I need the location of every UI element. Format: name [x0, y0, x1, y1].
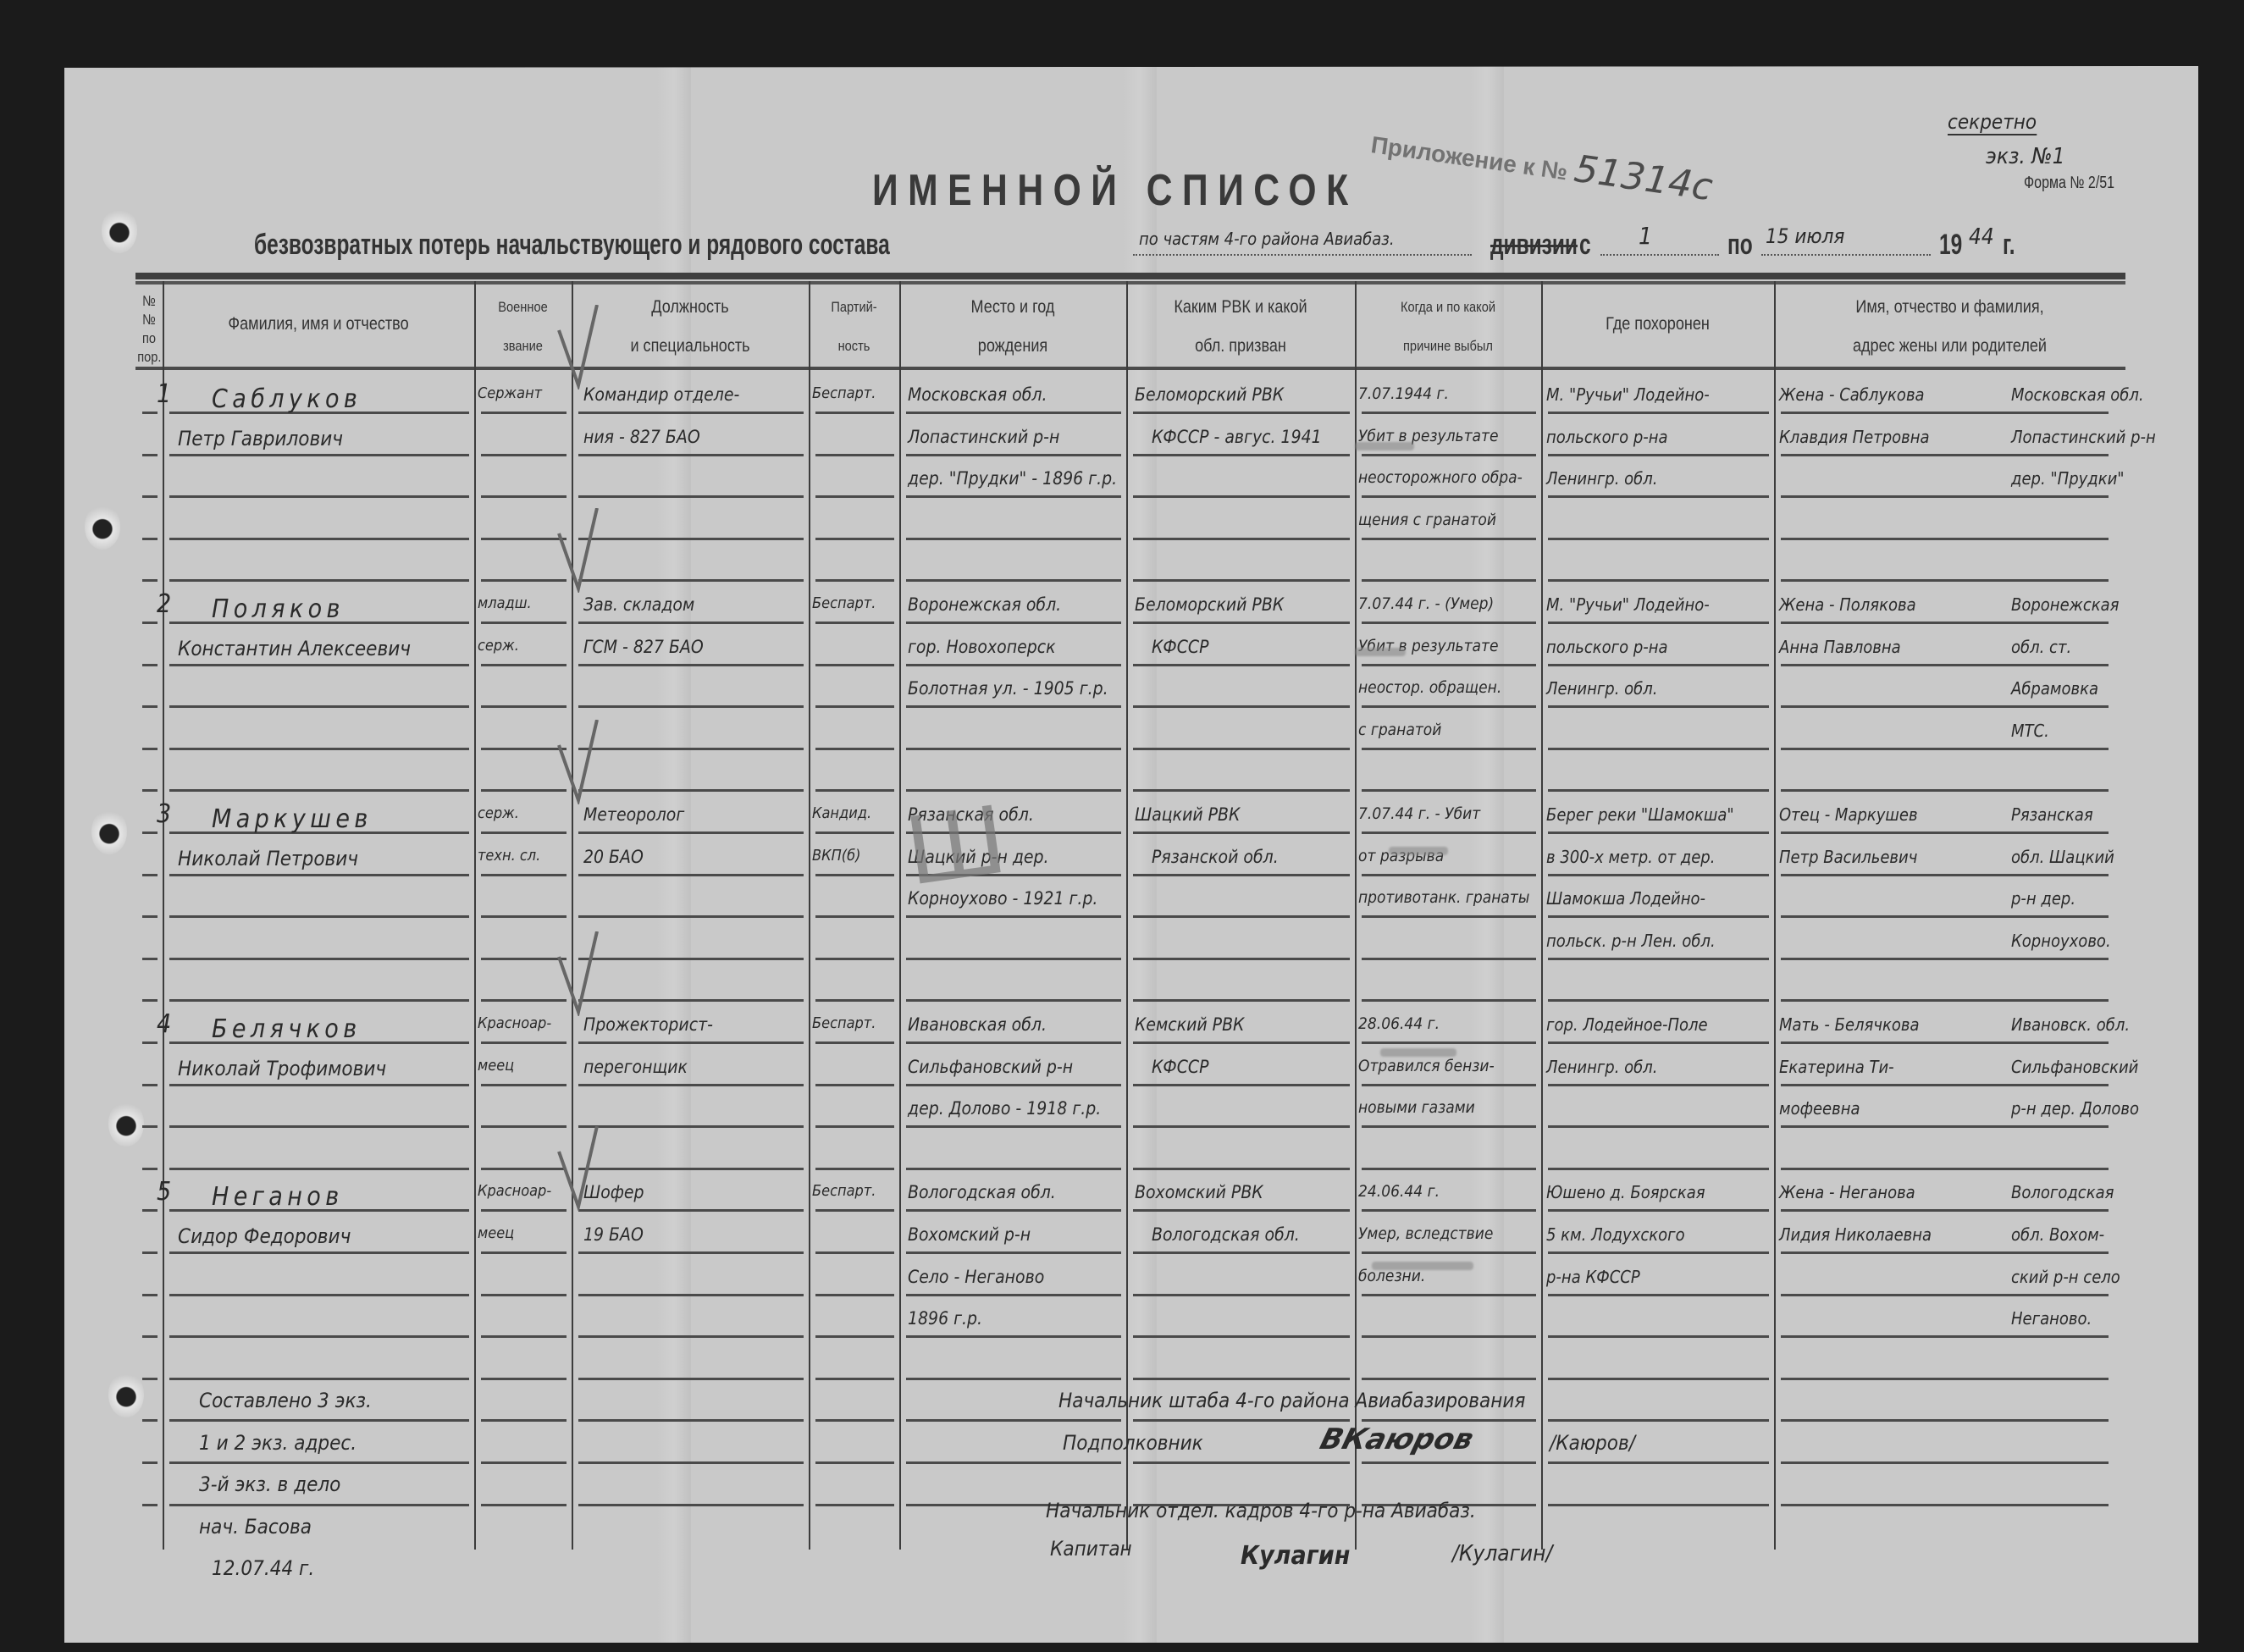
ruled-line — [1781, 1125, 2109, 1128]
cell-name: Неганов — [212, 1182, 344, 1212]
cell-buried: Ленингр. обл. — [1546, 468, 1658, 489]
header-text: по — [137, 329, 161, 348]
ruled-line — [578, 958, 804, 960]
from-value: 1 — [1639, 222, 1652, 250]
from-label: с — [1579, 229, 1591, 262]
cell-relatives-addr: Ивановск. обл. — [2011, 1014, 2130, 1035]
column-header-relatives: Имя, отчество и фамилия,адрес жены или р… — [1799, 288, 2101, 366]
ruled-line — [142, 538, 158, 540]
column-header-rvk: Каким РВК и какойобл. призван — [1142, 288, 1339, 366]
punch-hole — [108, 1101, 144, 1146]
ruled-line — [1362, 1041, 1536, 1044]
ruled-line — [1548, 832, 1769, 834]
cell-rank: серж. — [478, 637, 519, 655]
pencil-annotation: Ш — [899, 785, 1013, 906]
column-header-rank: Военноезвание — [481, 288, 565, 366]
header-text: №№ — [137, 292, 161, 329]
ruled-line — [815, 412, 894, 414]
cell-birth: Московская обл. — [908, 384, 1047, 405]
cell-rvk: Шацкий РВК — [1135, 804, 1240, 825]
cell-when: Отравился бензи- — [1358, 1057, 1495, 1075]
cell-relatives-addr: Корноухово. — [2011, 931, 2111, 951]
ruled-line — [169, 705, 469, 708]
cell-buried: польск. р-н Лен. обл. — [1546, 931, 1716, 951]
ruled-line — [142, 1419, 158, 1422]
ruled-line — [578, 1168, 804, 1170]
ruled-line — [815, 1125, 894, 1128]
cell-relatives-name: Лидия Николаевна — [1779, 1224, 1932, 1245]
ruled-line — [1781, 874, 2109, 876]
header-text: Когда и по какой — [1368, 288, 1528, 327]
cell-relatives-addr: Неганово. — [2011, 1308, 2092, 1329]
ruled-line — [169, 454, 469, 456]
ruled-line — [578, 1084, 804, 1086]
unit-handwritten: по частям 4-го района Авиабаз. — [1139, 229, 1395, 249]
ruled-line — [1133, 832, 1350, 834]
ruled-line — [906, 412, 1121, 414]
ruled-line — [1548, 915, 1769, 918]
cell-buried: Юшено д. Боярская — [1546, 1182, 1705, 1202]
copy-number: экз. №1 — [1986, 144, 2065, 169]
ruled-line — [906, 454, 1121, 456]
cell-buried: Ленингр. обл. — [1546, 678, 1658, 699]
ruled-line — [1362, 1209, 1536, 1212]
cell-position: Командир отделе- — [583, 384, 739, 405]
cell-rank: Красноар- — [478, 1182, 551, 1200]
header-bottom-rule — [135, 367, 2125, 370]
ruled-line — [142, 1378, 158, 1380]
ruled-line — [169, 664, 469, 666]
column-divider — [572, 281, 573, 1550]
cell-birth: Воронежская обл. — [908, 594, 1061, 615]
cell-birth: Болотная ул. - 1905 г.р. — [908, 678, 1108, 699]
cell-relatives-name: Петр Васильевич — [1779, 847, 1917, 867]
pencil-check-mark-icon — [555, 1126, 605, 1211]
cell-birth: Вохомский р-н — [908, 1224, 1031, 1245]
ruled-line — [142, 832, 158, 834]
cell-relatives-addr: МТС. — [2011, 721, 2049, 741]
ruled-line — [1548, 1294, 1769, 1296]
cell-when: новыми газами — [1358, 1098, 1475, 1117]
column-header-position: Должностьи специальность — [589, 288, 793, 366]
ruled-line — [1133, 622, 1350, 624]
ruled-line — [815, 832, 894, 834]
ruled-line — [815, 454, 894, 456]
ruled-line — [142, 958, 158, 960]
cell-position: перегонщик — [583, 1057, 688, 1077]
ruled-line — [481, 705, 567, 708]
column-divider — [809, 281, 810, 1550]
cell-rank: младш. — [478, 594, 532, 612]
ruled-line — [1548, 705, 1769, 708]
ruled-line — [142, 1084, 158, 1086]
ruled-line — [1781, 1378, 2109, 1380]
ruled-line — [169, 1125, 469, 1128]
ruled-line — [906, 1168, 1121, 1170]
ruled-line — [481, 579, 567, 582]
eraser-smear — [1355, 648, 1406, 656]
ruled-line — [481, 495, 567, 498]
ruled-line — [1548, 1084, 1769, 1086]
to-label: по — [1727, 229, 1753, 262]
ruled-line — [169, 958, 469, 960]
header-text: обл. призван — [1142, 327, 1339, 366]
cell-buried: М. "Ручьи" Лодейно- — [1546, 594, 1710, 615]
ruled-line — [142, 495, 158, 498]
ruled-line — [906, 999, 1121, 1002]
ruled-line — [481, 789, 567, 792]
ruled-line — [1781, 1209, 2109, 1212]
ruled-line — [906, 915, 1121, 918]
compiled-note-line: нач. Басова — [199, 1515, 312, 1539]
punch-hole — [85, 504, 120, 550]
cell-party: Беспарт. — [812, 1014, 876, 1032]
ruled-line — [481, 454, 567, 456]
ruled-line — [1781, 789, 2109, 792]
ruled-line — [906, 1125, 1121, 1128]
ruled-line — [1781, 958, 2109, 960]
header-text: Партий- — [815, 288, 893, 327]
column-header-birth: Место и годрождения — [915, 288, 1110, 366]
cell-when: Умер, вследствие — [1358, 1224, 1493, 1243]
ruled-line — [1781, 1084, 2109, 1086]
ruled-line — [1133, 664, 1350, 666]
ruled-line — [1781, 832, 2109, 834]
ruled-line — [1133, 705, 1350, 708]
ruled-line — [906, 1084, 1121, 1086]
ruled-line — [1362, 874, 1536, 876]
handwritten-signature: ВКаюров — [1317, 1423, 1478, 1456]
ruled-line — [1781, 1461, 2109, 1464]
cell-rvk: Вохомский РВК — [1135, 1182, 1263, 1202]
ruled-line — [1781, 705, 2109, 708]
ruled-line — [578, 495, 804, 498]
ruled-line — [169, 1294, 469, 1296]
cell-relatives-name: Анна Павловна — [1779, 637, 1901, 657]
ruled-line — [578, 1335, 804, 1338]
header-text: адрес жены или родителей — [1799, 327, 2101, 366]
ruled-line — [1548, 1168, 1769, 1170]
ruled-line — [578, 538, 804, 540]
cell-rvk: КФССР — [1152, 1057, 1208, 1077]
cell-rvk: Беломорский РВК — [1135, 384, 1284, 405]
ruled-line — [1362, 832, 1536, 834]
header-text: звание — [481, 327, 565, 366]
subtitle-line: безвозвратных потерь начальствующего и р… — [254, 229, 890, 262]
ruled-line — [1781, 1419, 2109, 1422]
ruled-line — [1548, 1335, 1769, 1338]
ruled-line — [1362, 1084, 1536, 1086]
cell-num: 5 — [157, 1177, 171, 1207]
cell-relatives-name: Жена - Саблукова — [1779, 384, 1925, 405]
ruled-line — [1133, 874, 1350, 876]
cell-name: Константин Алексеевич — [178, 637, 411, 660]
ruled-line — [815, 999, 894, 1002]
cell-party: Беспарт. — [812, 594, 876, 612]
cell-rvk: КФССР - авгус. 1941 — [1152, 427, 1322, 447]
ruled-line — [578, 1209, 804, 1212]
ruled-line — [815, 1168, 894, 1170]
cell-relatives-addr: Воронежская — [2011, 594, 2119, 615]
ruled-line — [815, 1419, 894, 1422]
ruled-line — [1133, 1294, 1350, 1296]
cell-birth: 1896 г.р. — [908, 1308, 982, 1329]
ruled-line — [578, 1294, 804, 1296]
ruled-line — [1133, 915, 1350, 918]
ruled-line — [578, 748, 804, 750]
ruled-line — [142, 1504, 158, 1506]
cell-rank: меец — [478, 1224, 514, 1242]
cell-birth: гор. Новохоперск — [908, 637, 1056, 657]
form-number: Форма № 2/51 — [2024, 174, 2114, 193]
ruled-line — [142, 1209, 158, 1212]
ruled-line — [906, 958, 1121, 960]
cell-relatives-addr: дер. "Прудки" — [2011, 468, 2125, 489]
pencil-check-mark-icon — [555, 508, 605, 593]
cell-rvk: Беломорский РВК — [1135, 594, 1284, 615]
ruled-line — [169, 1335, 469, 1338]
ruled-line — [1133, 1125, 1350, 1128]
eraser-smear — [1389, 847, 1448, 855]
ruled-line — [1362, 789, 1536, 792]
cell-relatives-name: Жена - Неганова — [1779, 1182, 1915, 1202]
ruled-line — [142, 579, 158, 582]
ruled-line — [1548, 1461, 1769, 1464]
cell-when: неостор. обращен. — [1358, 678, 1501, 697]
ruled-line — [906, 1335, 1121, 1338]
ruled-line — [481, 1294, 567, 1296]
ruled-line — [1548, 748, 1769, 750]
header-text: Должность — [589, 288, 793, 327]
ruled-line — [815, 958, 894, 960]
ruled-line — [481, 1168, 567, 1170]
ruled-line — [169, 874, 469, 876]
cell-name: Николай Трофимович — [178, 1057, 386, 1080]
cell-position: ГСМ - 827 БАО — [583, 637, 704, 657]
cell-when: неосторожного обра- — [1358, 468, 1523, 487]
ruled-line — [169, 1504, 469, 1506]
cell-buried: 5 км. Лодухского — [1546, 1224, 1685, 1245]
ruled-line — [1133, 495, 1350, 498]
ruled-line — [1133, 1041, 1350, 1044]
signature-rank: Подполковник — [1063, 1431, 1203, 1455]
ruled-line — [481, 832, 567, 834]
ruled-line — [1548, 874, 1769, 876]
ruled-line — [1362, 748, 1536, 750]
cell-party: Беспарт. — [812, 1182, 876, 1200]
cell-relatives-name: Мать - Белячкова — [1779, 1014, 1920, 1035]
ruled-line — [1781, 1504, 2109, 1506]
signatory-name: /Кулагин/ — [1452, 1541, 1552, 1566]
cell-when: 7.07.1944 г. — [1358, 384, 1449, 403]
ruled-line — [1548, 495, 1769, 498]
cell-relatives-addr: Лопастинский р-н — [2011, 427, 2156, 447]
cell-position: Метеоролог — [583, 804, 684, 825]
ruled-line — [481, 1504, 567, 1506]
cell-rank: техн. сл. — [478, 847, 540, 865]
ruled-line — [1133, 999, 1350, 1002]
cell-relatives-addr: Московская обл. — [2011, 384, 2144, 405]
cell-birth: Село - Неганово — [908, 1267, 1044, 1287]
ruled-line — [169, 1461, 469, 1464]
cell-name: Петр Гаврилович — [178, 427, 343, 450]
cell-relatives-name: Клавдия Петровна — [1779, 427, 1930, 447]
cell-birth: дер. Долово - 1918 г.р. — [908, 1098, 1101, 1119]
header-text: пор. — [137, 348, 161, 367]
cell-rank: Сержант — [478, 384, 542, 402]
column-header-num: №№попор. — [137, 292, 161, 367]
ruled-line — [142, 412, 158, 414]
ruled-line — [1362, 1168, 1536, 1170]
ruled-line — [1133, 1378, 1350, 1380]
cell-num: 1 — [157, 379, 171, 409]
ruled-line — [481, 1251, 567, 1254]
ruled-line — [1548, 1125, 1769, 1128]
ruled-line — [578, 874, 804, 876]
cell-name: Саблуков — [212, 384, 362, 414]
ruled-line — [142, 1294, 158, 1296]
ruled-line — [1781, 1335, 2109, 1338]
ruled-line — [815, 495, 894, 498]
ruled-line — [1362, 664, 1536, 666]
ruled-line — [815, 1378, 894, 1380]
ruled-line — [1781, 495, 2109, 498]
column-divider — [899, 281, 901, 1550]
cell-position: 20 БАО — [583, 847, 644, 867]
cell-birth: Лопастинский р-н — [908, 427, 1059, 447]
ruled-line — [481, 1461, 567, 1464]
header-text: Военное — [481, 288, 565, 327]
ruled-line — [481, 1378, 567, 1380]
struck-division-word: дивизии — [1490, 229, 1578, 262]
ruled-line — [1781, 1294, 2109, 1296]
handwritten-signature: Кулагин — [1241, 1541, 1350, 1571]
ruled-line — [169, 789, 469, 792]
header-text: Где похоронен — [1557, 305, 1758, 344]
compiled-note-line: 12.07.44 г. — [212, 1556, 314, 1580]
pencil-check-mark-icon — [555, 931, 605, 1016]
ruled-line — [169, 538, 469, 540]
ruled-line — [815, 789, 894, 792]
ruled-line — [815, 664, 894, 666]
ruled-line — [169, 1419, 469, 1422]
ruled-line — [142, 1125, 158, 1128]
ruled-line — [1362, 1335, 1536, 1338]
ruled-line — [481, 538, 567, 540]
ruled-line — [1781, 579, 2109, 582]
from-fill-line — [1600, 254, 1719, 256]
column-header-name: Фамилия, имя и отчество — [185, 305, 452, 344]
ruled-line — [906, 664, 1121, 666]
ruled-line — [1133, 579, 1350, 582]
ruled-line — [1133, 958, 1350, 960]
ruled-line — [142, 1041, 158, 1044]
ruled-line — [142, 705, 158, 708]
ruled-line — [1781, 1168, 2109, 1170]
cell-party: Кандид. — [812, 804, 871, 822]
column-divider — [1541, 281, 1543, 1550]
to-fill-line — [1761, 254, 1931, 256]
cell-buried: в 300-х метр. от дер. — [1546, 847, 1715, 867]
signatory-name: /Каюров/ — [1550, 1431, 1635, 1455]
ruled-line — [1133, 1461, 1350, 1464]
ruled-line — [906, 1209, 1121, 1212]
ruled-line — [1548, 454, 1769, 456]
ruled-line — [481, 1419, 567, 1422]
ruled-line — [906, 789, 1121, 792]
ruled-line — [906, 1378, 1121, 1380]
to-value: 15 июля — [1766, 224, 1844, 248]
cell-buried: гор. Лодейное-Поле — [1546, 1014, 1708, 1035]
cell-rank: меец — [478, 1057, 514, 1075]
ruled-line — [169, 999, 469, 1002]
cell-when: 7.07.44 г. - Убит — [1358, 804, 1480, 823]
ruled-line — [578, 1378, 804, 1380]
ruled-line — [169, 1251, 469, 1254]
cell-when: с гранатой — [1358, 721, 1441, 739]
cell-relatives-name: Отец - Маркушев — [1779, 804, 1918, 825]
ruled-line — [815, 579, 894, 582]
ruled-line — [142, 622, 158, 624]
ruled-line — [815, 1084, 894, 1086]
pencil-check-mark-icon — [555, 720, 605, 804]
compiled-note-line: Составлено 3 экз. — [199, 1389, 372, 1412]
ruled-line — [1362, 454, 1536, 456]
ruled-line — [142, 789, 158, 792]
ruled-line — [142, 1335, 158, 1338]
ruled-line — [578, 705, 804, 708]
ruled-line — [1781, 1041, 2109, 1044]
header-text: Место и год — [915, 288, 1110, 327]
year-suffix: г. — [2003, 229, 2015, 262]
ruled-line — [1548, 664, 1769, 666]
cell-relatives-addr: Сильфановский — [2011, 1057, 2138, 1077]
cell-when: 28.06.44 г. — [1358, 1014, 1440, 1033]
ruled-line — [142, 874, 158, 876]
ruled-line — [1548, 1251, 1769, 1254]
ruled-line — [815, 1335, 894, 1338]
compiled-note-line: 1 и 2 экз. адрес. — [199, 1431, 356, 1455]
column-divider — [1355, 281, 1357, 1550]
cell-position: ния - 827 БАО — [583, 427, 700, 447]
ruled-line — [578, 789, 804, 792]
ruled-line — [481, 622, 567, 624]
ruled-line — [1781, 1251, 2109, 1254]
unit-fill-line — [1133, 254, 1472, 256]
column-divider — [163, 281, 164, 1550]
header-text: Каким РВК и какой — [1142, 288, 1339, 327]
ruled-line — [906, 495, 1121, 498]
cell-rvk: Вологодская обл. — [1152, 1224, 1300, 1245]
ruled-line — [815, 1251, 894, 1254]
cell-buried: Шамокша Лодейно- — [1546, 888, 1705, 909]
eraser-smear — [1380, 1048, 1456, 1057]
ruled-line — [1781, 664, 2109, 666]
ruled-line — [1548, 579, 1769, 582]
ruled-line — [142, 1251, 158, 1254]
ruled-line — [142, 664, 158, 666]
cell-rank: серж. — [478, 804, 519, 822]
column-header-when: Когда и по какойпричине выбыл — [1368, 288, 1528, 366]
ruled-line — [1133, 748, 1350, 750]
eraser-smear — [1372, 1262, 1473, 1270]
ruled-line — [578, 579, 804, 582]
signature-rank: Капитан — [1050, 1537, 1132, 1561]
ruled-line — [906, 1251, 1121, 1254]
cell-name: Маркушев — [212, 804, 373, 834]
ruled-line — [169, 1084, 469, 1086]
cell-num: 3 — [157, 799, 171, 829]
